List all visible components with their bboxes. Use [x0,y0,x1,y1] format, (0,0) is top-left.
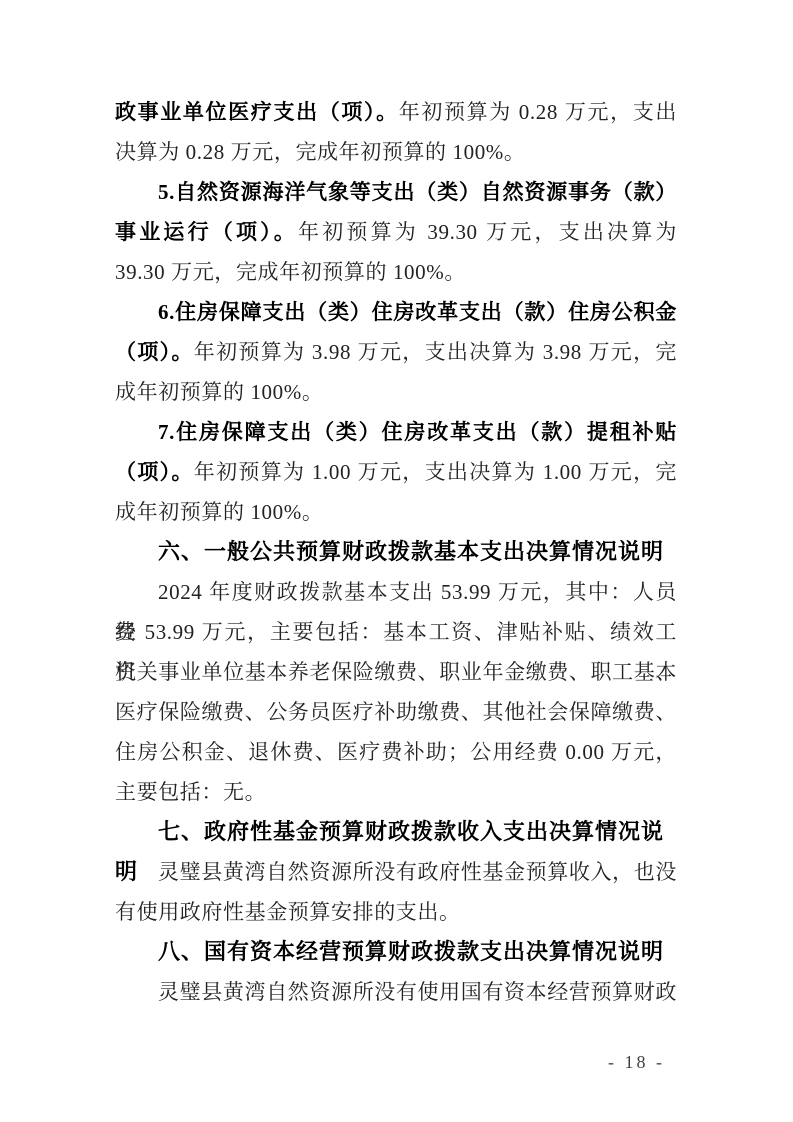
document-page: 政事业单位医疗支出（项）。年初预算为 0.28 万元，支出决算为 0.28 万元… [0,0,793,1122]
section-heading: 八、国有资本经营预算财政拨款支出决算情况说明 [115,932,677,972]
text-run: 决算为 0.28 万元，完成年初预算的 100%。 [115,140,526,164]
text-run: 年初预算为 3.98 万元，支出决算为 3.98 万元，完 [194,340,677,364]
text-run: 有使用政府性基金预算安排的支出。 [115,900,461,924]
text-line: 主要包括：无。 [115,772,677,812]
text-line: 灵璧县黄湾自然资源所没有政府性基金预算收入，也没 [115,852,677,892]
text-line: 6.住房保障支出（类）住房改革支出（款）住房公积金 [115,292,677,332]
text-line: 成年初预算的 100%。 [115,492,677,532]
text-run: 年初预算为 1.00 万元，支出决算为 1.00 万元，完 [194,460,677,484]
text-line: 7.住房保障支出（类）住房改革支出（款）提租补贴 [115,412,677,452]
text-run: 成年初预算的 100%。 [115,500,323,524]
text-run: 39.30 万元，完成年初预算的 100%。 [115,260,466,284]
text-line: 成年初预算的 100%。 [115,372,677,412]
text-run: 事业运行（项）。 [115,220,298,244]
text-line: 2024 年度财政拨款基本支出 53.99 万元，其中：人员经 [115,572,677,612]
text-run: 成年初预算的 100%。 [115,380,323,404]
text-line: 决算为 0.28 万元，完成年初预算的 100%。 [115,132,677,172]
text-run: 医疗保险缴费、公务员医疗补助缴费、其他社会保障缴费、 [115,700,677,724]
text-line: 费 53.99 万元，主要包括：基本工资、津贴补贴、绩效工资、 [115,612,677,652]
text-line: 灵璧县黄湾自然资源所没有使用国有资本经营预算财政 [115,972,677,1012]
text-run: （项）。 [115,340,194,364]
text-run: 六、一般公共预算财政拨款基本支出决算情况说明 [158,539,664,564]
text-line: 5.自然资源海洋气象等支出（类）自然资源事务（款） [115,172,677,212]
text-line: 医疗保险缴费、公务员医疗补助缴费、其他社会保障缴费、 [115,692,677,732]
text-line: 有使用政府性基金预算安排的支出。 [115,892,677,932]
text-run: 机关事业单位基本养老保险缴费、职业年金缴费、职工基本 [115,660,677,684]
text-line: 政事业单位医疗支出（项）。年初预算为 0.28 万元，支出 [115,92,677,132]
page-number: - 18 - [608,1052,665,1073]
text-run: （项）。 [115,460,194,484]
text-line: （项）。年初预算为 3.98 万元，支出决算为 3.98 万元，完 [115,332,677,372]
text-line: 机关事业单位基本养老保险缴费、职业年金缴费、职工基本 [115,652,677,692]
text-line: （项）。年初预算为 1.00 万元，支出决算为 1.00 万元，完 [115,452,677,492]
text-line: 住房公积金、退休费、医疗费补助；公用经费 0.00 万元， [115,732,677,772]
text-run: 年初预算为 39.30 万元，支出决算为 [298,220,677,244]
text-run: 住房公积金、退休费、医疗费补助；公用经费 0.00 万元， [115,740,677,764]
text-line: 事业运行（项）。年初预算为 39.30 万元，支出决算为 [115,212,677,252]
text-run: 年初预算为 0.28 万元，支出 [399,100,677,124]
text-run: 5.自然资源海洋气象等支出（类）自然资源事务（款） [158,180,677,204]
text-run: 主要包括：无。 [115,780,266,804]
document-body: 政事业单位医疗支出（项）。年初预算为 0.28 万元，支出决算为 0.28 万元… [115,92,677,1012]
section-heading: 七、政府性基金预算财政拨款收入支出决算情况说明 [115,812,677,852]
text-run: 灵璧县黄湾自然资源所没有使用国有资本经营预算财政 [158,980,677,1004]
text-run: 灵璧县黄湾自然资源所没有政府性基金预算收入，也没 [158,860,677,884]
text-run: 7.住房保障支出（类）住房改革支出（款）提租补贴 [158,420,677,444]
text-run: 6.住房保障支出（类）住房改革支出（款）住房公积金 [158,300,677,324]
text-run: 政事业单位医疗支出（项）。 [115,100,399,124]
section-heading: 六、一般公共预算财政拨款基本支出决算情况说明 [115,532,677,572]
text-run: 八、国有资本经营预算财政拨款支出决算情况说明 [158,939,664,964]
text-line: 39.30 万元，完成年初预算的 100%。 [115,252,677,292]
